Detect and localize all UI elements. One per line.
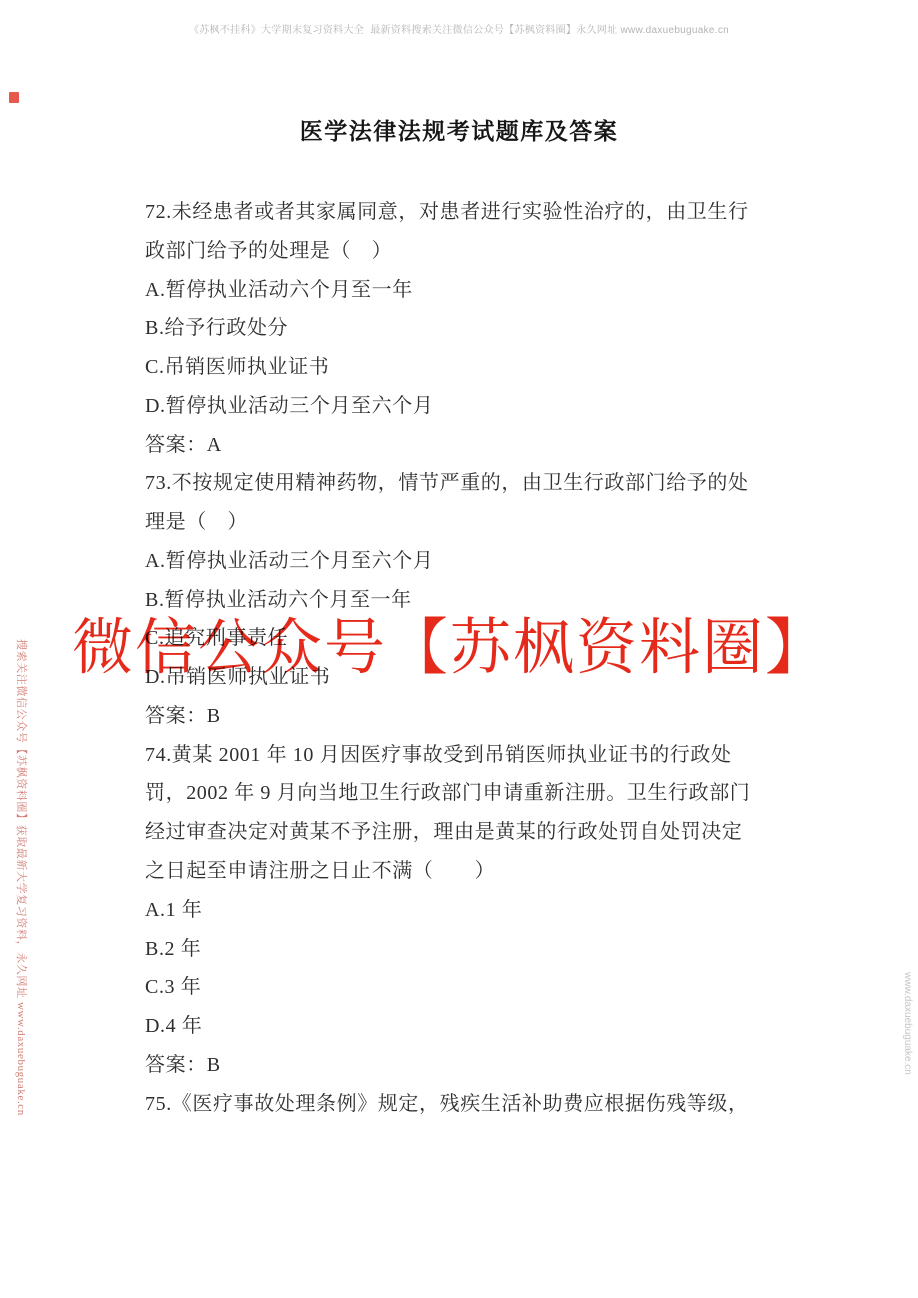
text-line: 理是（ ） (145, 503, 808, 542)
text-line: 72.未经患者或者其家属同意，对患者进行实验性治疗的，由卫生行 (145, 193, 808, 232)
text-line: A.1 年 (145, 891, 808, 930)
red-mark (9, 92, 19, 103)
text-line: D.4 年 (145, 1007, 808, 1046)
watermark-right-vertical: www.daxuebuguake.cn (902, 972, 913, 1075)
text-line: 答案：B (145, 1046, 808, 1085)
document-page: 《苏枫不挂科》大学期末复习资料大全 最新资料搜索关注微信公众号【苏枫资料圈】永久… (0, 0, 918, 1298)
document-title: 医学法律法规考试题库及答案 (0, 113, 918, 146)
text-line: 罚，2002 年 9 月向当地卫生行政部门申请重新注册。卫生行政部门 (145, 774, 808, 813)
text-line: C.3 年 (145, 968, 808, 1007)
watermark-center: 微信公众号【苏枫资料圈】 (72, 599, 828, 686)
text-line: B.2 年 (145, 930, 808, 969)
text-line: 经过审查决定对黄某不予注册，理由是黄某的行政处罚自处罚决定 (145, 813, 808, 852)
text-line: 答案：A (145, 426, 808, 465)
text-line: 75.《医疗事故处理条例》规定，残疾生活补助费应根据伤残等级， (145, 1085, 808, 1124)
text-line: 之日起至申请注册之日止不满（ ） (145, 852, 808, 891)
text-line: C.吊销医师执业证书 (145, 348, 808, 387)
text-line: B.给予行政处分 (145, 309, 808, 348)
text-line: A.暂停执业活动六个月至一年 (145, 271, 808, 310)
watermark-left-vertical: 搜索关注微信公众号【苏枫资料圈】获取最新大学复习资料，永久网址 www.daxu… (14, 639, 30, 1116)
page-header-text: 《苏枫不挂科》大学期末复习资料大全 最新资料搜索关注微信公众号【苏枫资料圈】永久… (0, 21, 918, 36)
text-line: 73.不按规定使用精神药物，情节严重的，由卫生行政部门给予的处 (145, 464, 808, 503)
text-line: 答案：B (145, 697, 808, 736)
text-line: 74.黄某 2001 年 10 月因医疗事故受到吊销医师执业证书的行政处 (145, 736, 808, 775)
text-line: D.暂停执业活动三个月至六个月 (145, 387, 808, 426)
text-line: 政部门给予的处理是（ ） (145, 232, 808, 271)
text-line: A.暂停执业活动三个月至六个月 (145, 542, 808, 581)
